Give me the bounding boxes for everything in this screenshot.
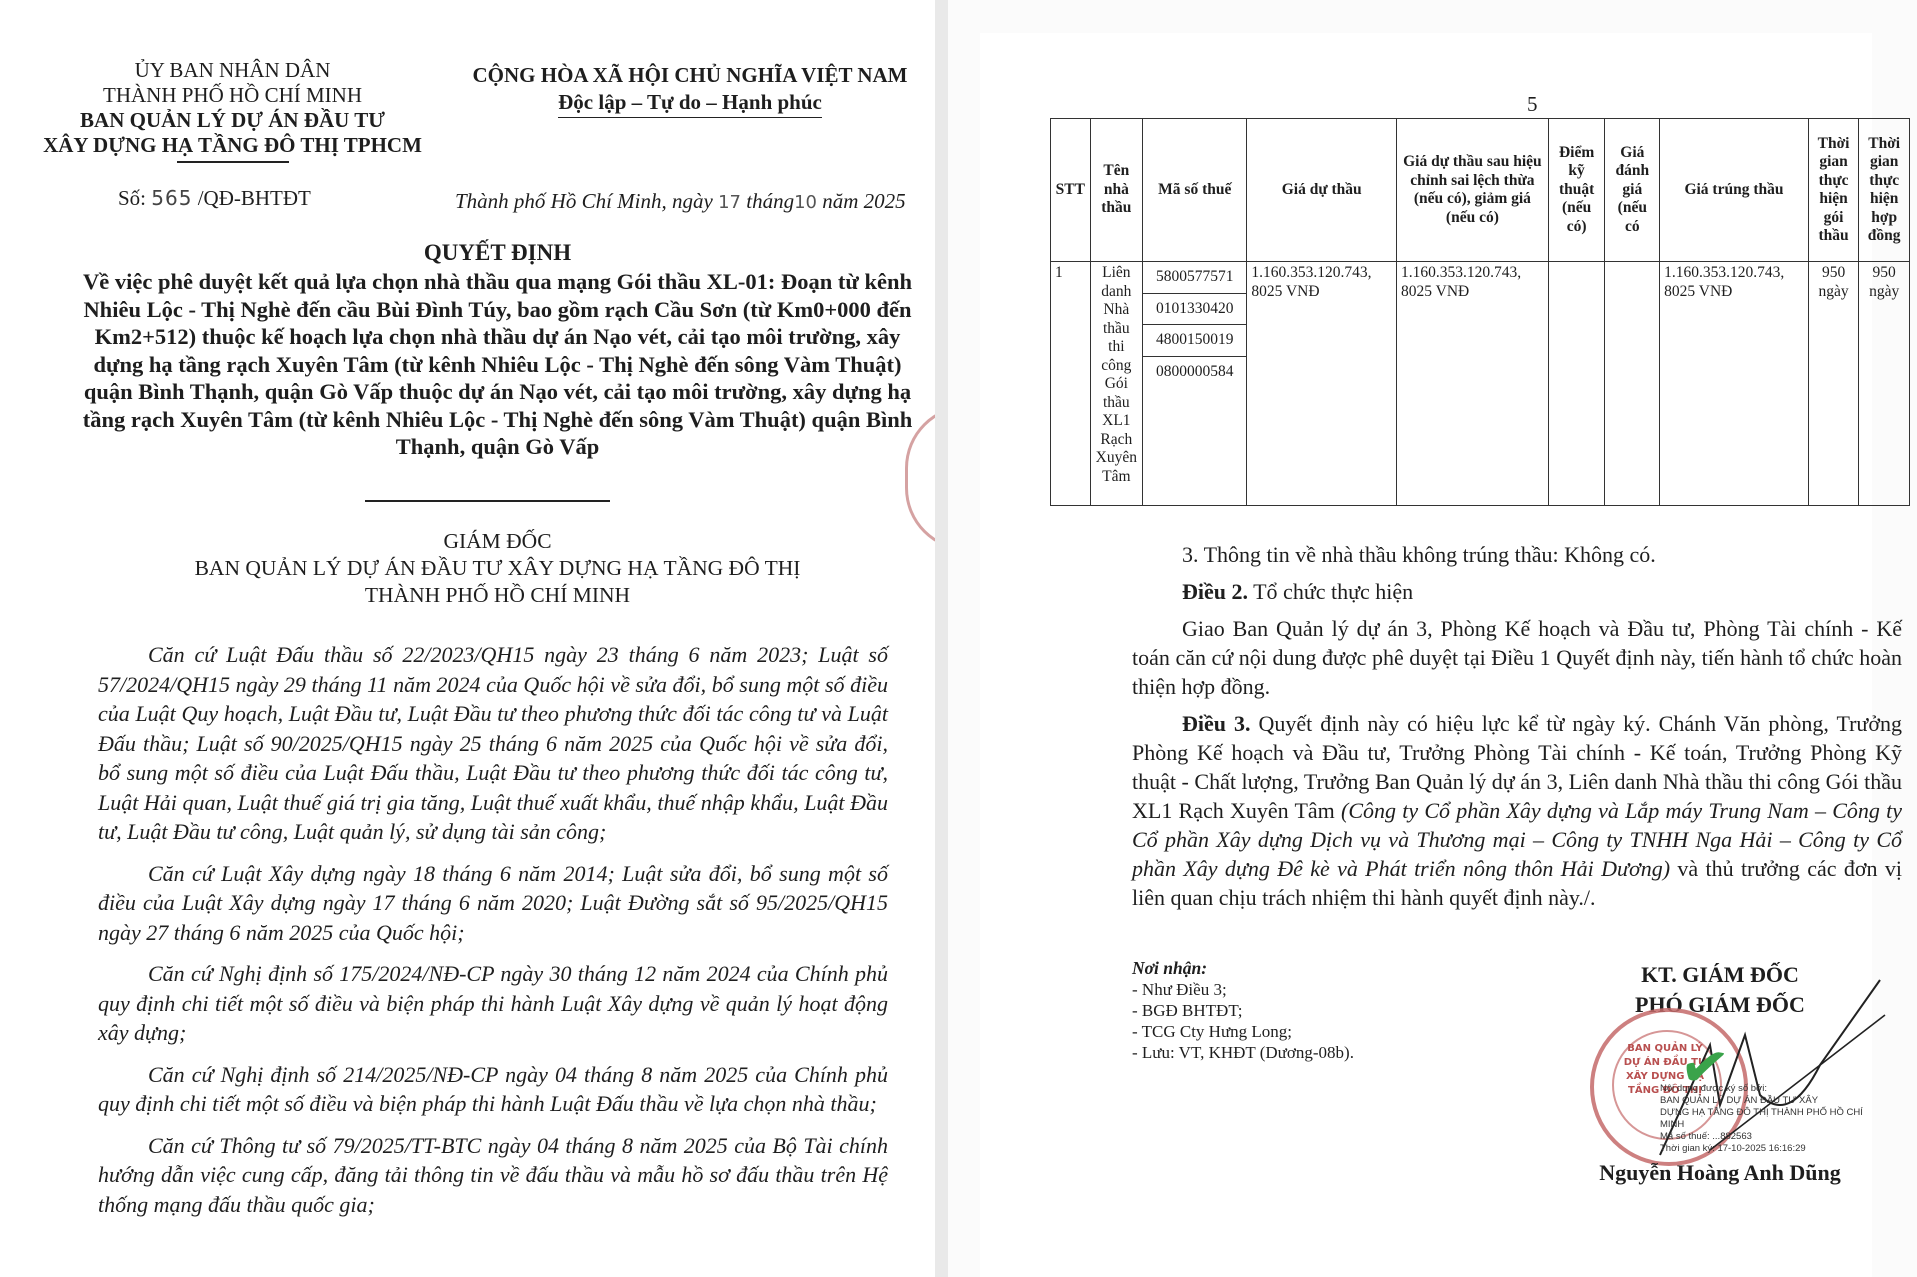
authority-block: GIÁM ĐỐC BAN QUẢN LÝ DỰ ÁN ĐẦU TƯ XÂY DỰ…	[40, 528, 955, 609]
document-page-left: ỦY BAN NHÂN DÂN THÀNH PHỐ HỒ CHÍ MINH BA…	[0, 0, 935, 1277]
col-adjusted-price: Giá dự thầu sau hiệu chỉnh sai lệch thừa…	[1397, 119, 1549, 262]
recipients-block: Nơi nhận: - Như Điều 3; - BGĐ BHTĐT; - T…	[1132, 958, 1532, 1063]
col-contractor: Tên nhà thầu	[1090, 119, 1143, 262]
cell-contractor: Liên danh Nhà thầu thi công Gói thầu XL1…	[1090, 262, 1143, 506]
legal-basis: Căn cứ Nghị định số 214/2025/NĐ-CP ngày …	[98, 1060, 888, 1119]
table-row: 1 Liên danh Nhà thầu thi công Gói thầu X…	[1051, 262, 1910, 506]
issuer-line-3: BAN QUẢN LÝ DỰ ÁN ĐẦU TƯ	[40, 108, 425, 133]
digisig-line: DỰNG HẠ TẦNG ĐÔ THỊ THÀNH PHỐ HỒ CHÍ MIN…	[1660, 1107, 1880, 1131]
issuer-line-4: XÂY DỰNG HẠ TẦNG ĐÔ THỊ TPHCM	[40, 133, 425, 158]
national-header: CỘNG HÒA XÃ HỘI CHỦ NGHĨA VIỆT NAM Độc l…	[455, 62, 925, 118]
cell-bid-price: 1.160.353.120.743, 8025 VNĐ	[1247, 262, 1397, 506]
recipient-item: - Lưu: VT, KHĐT (Dương-08b).	[1132, 1042, 1532, 1063]
decision-title: QUYẾT ĐỊNH	[40, 240, 955, 266]
recipients-heading: Nơi nhận:	[1132, 958, 1532, 979]
issuer-line-2: THÀNH PHỐ HỒ CHÍ MINH	[40, 83, 425, 108]
cell-package-duration: 950 ngày	[1808, 262, 1859, 506]
national-motto: Độc lập – Tự do – Hạnh phúc	[558, 89, 822, 118]
col-technical-score: Điểm kỹ thuật (nếu có)	[1548, 119, 1605, 262]
number-suffix: /QĐ-BHTĐT	[198, 186, 311, 210]
tax-code: 4800150019	[1143, 325, 1246, 357]
cell-contract-duration: 950 ngày	[1859, 262, 1910, 506]
tax-code: 5800577571	[1143, 262, 1246, 294]
number-prefix: Số:	[118, 186, 146, 210]
date-month-label: tháng	[746, 189, 794, 213]
legal-basis: Căn cứ Nghị định số 175/2024/NĐ-CP ngày …	[98, 959, 888, 1048]
date-month: 10	[794, 192, 817, 213]
date-year: năm 2025	[822, 189, 905, 213]
decision-articles: 3. Thông tin về nhà thầu không trúng thầ…	[1132, 540, 1902, 920]
col-winning-price: Giá trúng thầu	[1660, 119, 1809, 262]
legal-basis: Căn cứ Luật Xây dựng ngày 18 tháng 6 năm…	[98, 859, 888, 948]
national-title: CỘNG HÒA XÃ HỘI CHỦ NGHĨA VIỆT NAM	[455, 62, 925, 89]
cell-adjusted-price: 1.160.353.120.743, 8025 VNĐ	[1397, 262, 1549, 506]
table-header-row: STT Tên nhà thầu Mã số thuế Giá dự thầu …	[1051, 119, 1910, 262]
article-3-label: Điều 3.	[1182, 711, 1251, 736]
issue-date: Thành phố Hồ Chí Minh, ngày 17 tháng10 n…	[455, 189, 906, 214]
decision-subject: Về việc phê duyệt kết quả lựa chọn nhà t…	[80, 268, 915, 461]
date-day: 17	[718, 192, 741, 213]
recipient-item: - TCG Cty Hưng Long;	[1132, 1021, 1532, 1042]
issuer-header: ỦY BAN NHÂN DÂN THÀNH PHỐ HỒ CHÍ MINH BA…	[40, 58, 425, 163]
article-2-body: Giao Ban Quản lý dự án 3, Phòng Kế hoạch…	[1132, 614, 1902, 701]
document-number: Số: 565 /QĐ-BHTĐT	[118, 186, 311, 211]
article-3: Điều 3. Quyết định này có hiệu lực kể từ…	[1132, 709, 1902, 912]
col-stt: STT	[1051, 119, 1091, 262]
recipient-item: - BGĐ BHTĐT;	[1132, 1000, 1532, 1021]
tax-code: 0101330420	[1143, 294, 1246, 326]
page-number: 5	[1527, 92, 1538, 117]
col-bid-price: Giá dự thầu	[1247, 119, 1397, 262]
digisig-line: Mã số thuế: ...882563	[1660, 1131, 1880, 1143]
contractor-result-table: STT Tên nhà thầu Mã số thuế Giá dự thầu …	[1050, 118, 1910, 506]
article-2-title: Tổ chức thực hiện	[1253, 579, 1413, 604]
article-2-heading: Điều 2. Tổ chức thực hiện	[1182, 577, 1902, 606]
col-evaluated-price: Giá đánh giá (nếu có	[1605, 119, 1660, 262]
legal-bases: Căn cứ Luật Đấu thầu số 22/2023/QH15 ngà…	[98, 640, 888, 1231]
legal-basis: Căn cứ Luật Đấu thầu số 22/2023/QH15 ngà…	[98, 640, 888, 847]
authority-line-3: THÀNH PHỐ HỒ CHÍ MINH	[40, 582, 955, 609]
issuer-line-1: ỦY BAN NHÂN DÂN	[40, 58, 425, 83]
digisig-line: BAN QUẢN LÝ DỰ ÁN ĐẦU TƯ XÂY	[1660, 1095, 1880, 1107]
col-package-duration: Thời gian thực hiện gói thầu	[1808, 119, 1859, 262]
cell-technical-score	[1548, 262, 1605, 506]
number-handwritten: 565	[151, 186, 192, 210]
issuer-underline	[177, 161, 289, 163]
cell-tax-codes: 5800577571 0101330420 4800150019 0800000…	[1143, 262, 1247, 506]
subject-underline	[365, 500, 610, 502]
tax-code: 0800000584	[1143, 357, 1246, 388]
legal-basis: Căn cứ Thông tư số 79/2025/TT-BTC ngày 0…	[98, 1131, 888, 1220]
authority-line-1: GIÁM ĐỐC	[40, 528, 955, 555]
recipient-item: - Như Điều 3;	[1132, 979, 1532, 1000]
cell-stt: 1	[1051, 262, 1091, 506]
page-divider	[935, 0, 948, 1277]
col-tax-code: Mã số thuế	[1143, 119, 1247, 262]
item-3-no-losing-bidders: 3. Thông tin về nhà thầu không trúng thầ…	[1182, 540, 1902, 569]
authority-line-2: BAN QUẢN LÝ DỰ ÁN ĐẦU TƯ XÂY DỰNG HẠ TẦN…	[40, 555, 955, 582]
digisig-line: Nội dung được ký số bởi:	[1660, 1083, 1880, 1095]
cell-winning-price: 1.160.353.120.743, 8025 VNĐ	[1660, 262, 1809, 506]
digisig-line: Thời gian ký: 17-10-2025 16:16:29	[1660, 1143, 1880, 1155]
cell-evaluated-price	[1605, 262, 1660, 506]
col-contract-duration: Thời gian thực hiện hợp đồng	[1859, 119, 1910, 262]
article-2-label: Điều 2.	[1182, 579, 1248, 604]
signer-name: Nguyễn Hoàng Anh Dũng	[1555, 1160, 1885, 1186]
digital-signature-info: Nội dung được ký số bởi: BAN QUẢN LÝ DỰ …	[1660, 1083, 1880, 1155]
date-prefix: Thành phố Hồ Chí Minh, ngày	[455, 189, 713, 213]
